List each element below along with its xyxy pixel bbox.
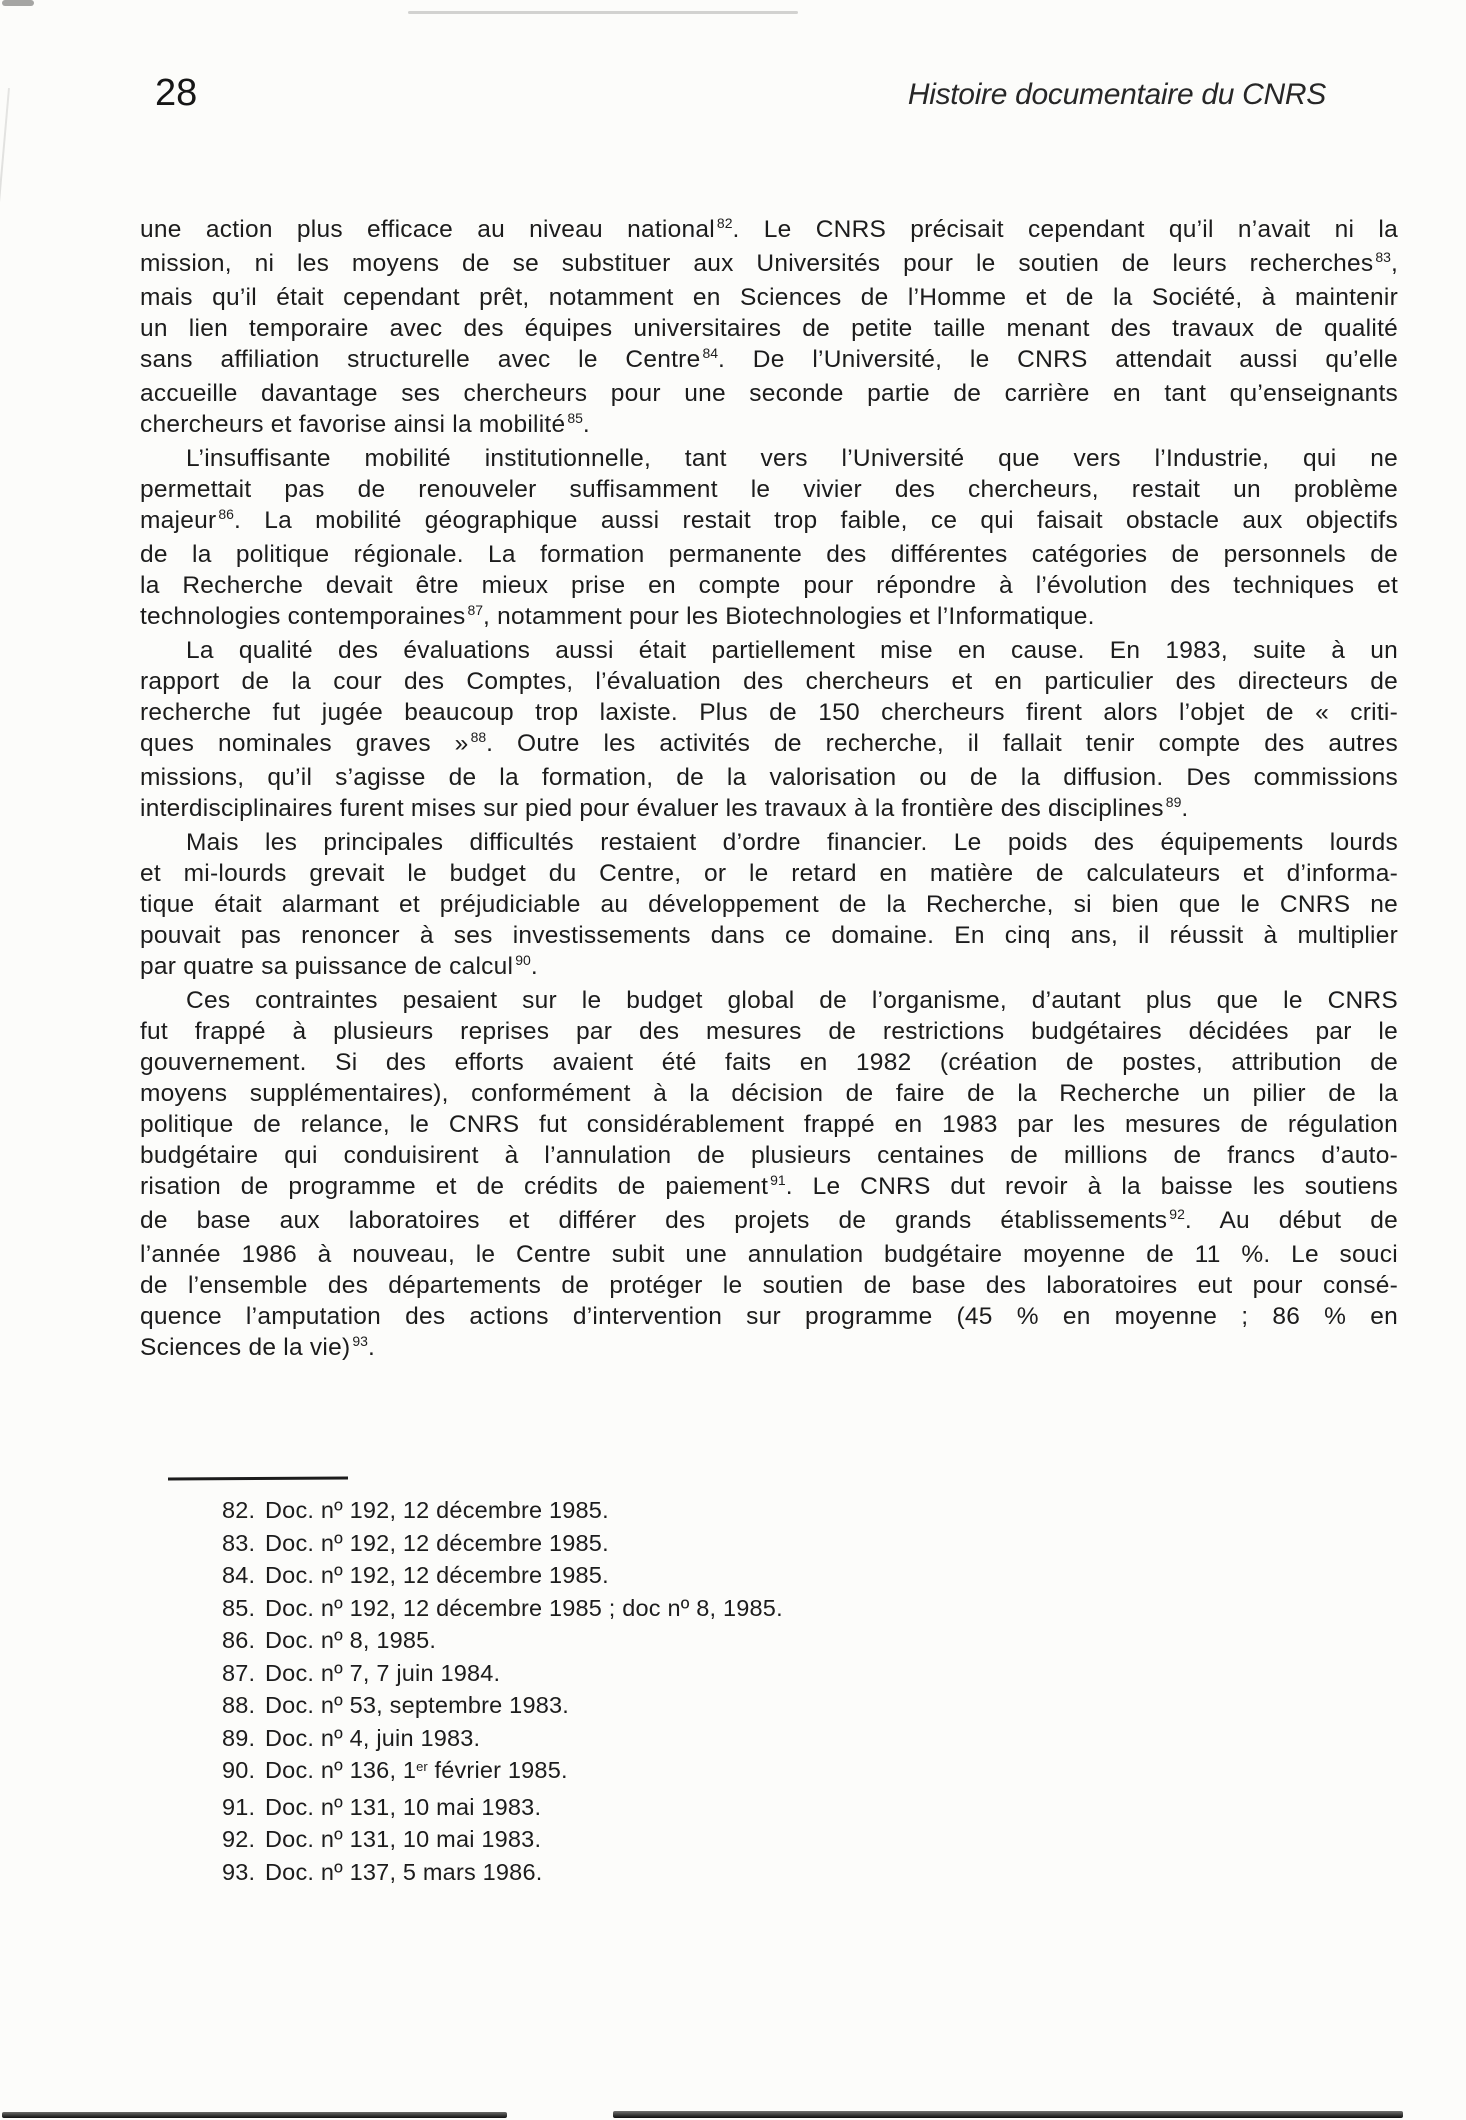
- body-line: majeur86. La mobilité géographique aussi…: [140, 505, 1398, 539]
- footnote-ref: 90: [515, 952, 531, 968]
- body-line: budgétaire qui conduisirent à l’annulati…: [140, 1140, 1398, 1171]
- body-line: missions, qu’il s’agisse de la formation…: [140, 762, 1398, 793]
- body-line: l’année 1986 à nouveau, le Centre subit …: [140, 1239, 1398, 1270]
- footnote-number: 88.: [222, 1689, 265, 1722]
- body-line: Mais les principales difficultés restaie…: [140, 827, 1398, 858]
- paragraph: Mais les principales difficultés restaie…: [140, 827, 1398, 985]
- footnote-ref: 88: [471, 729, 487, 745]
- footnote-item: 91.Doc. nº 131, 10 mai 1983.: [222, 1791, 783, 1824]
- body-line: permettait pas de renouveler suffisammen…: [140, 474, 1398, 505]
- footnote-item: 85.Doc. nº 192, 12 décembre 1985 ; doc n…: [222, 1592, 783, 1625]
- footnote-number: 87.: [222, 1657, 265, 1690]
- footnote-ref: 92: [1169, 1206, 1185, 1222]
- body-line: de base aux laboratoires et différer des…: [140, 1205, 1398, 1239]
- footnote-number: 82.: [222, 1494, 265, 1527]
- body-line: une action plus efficace au niveau natio…: [140, 214, 1398, 248]
- body-line: moyens supplémentaires), conformément à …: [140, 1078, 1398, 1109]
- body-line: accueille davantage ses chercheurs pour …: [140, 378, 1398, 409]
- footnotes-list: 82.Doc. nº 192, 12 décembre 1985.83.Doc.…: [222, 1494, 783, 1888]
- scan-edge-bottom-left: [2, 2112, 507, 2118]
- body-line: ques nominales graves »88. Outre les act…: [140, 728, 1398, 762]
- footnote-ref: 89: [1166, 794, 1182, 810]
- body-line: chercheurs et favorise ainsi la mobilité…: [140, 409, 1398, 443]
- body-line: la Recherche devait être mieux prise en …: [140, 570, 1398, 601]
- footnote-number: 89.: [222, 1722, 265, 1755]
- body-line: de l’ensemble des départements de protég…: [140, 1270, 1398, 1301]
- body-text: une action plus efficace au niveau natio…: [140, 214, 1398, 1366]
- footnote-ref: 87: [467, 602, 483, 618]
- body-line: un lien temporaire avec des équipes univ…: [140, 313, 1398, 344]
- scan-edge-bottom-right: [613, 2111, 1403, 2118]
- body-line: L’insuffisante mobilité institutionnelle…: [140, 443, 1398, 474]
- paragraph: une action plus efficace au niveau natio…: [140, 214, 1398, 443]
- footnote-ref: 82: [717, 215, 733, 231]
- body-line: technologies contemporaines87, notamment…: [140, 601, 1398, 635]
- footnote-item: 83.Doc. nº 192, 12 décembre 1985.: [222, 1527, 783, 1560]
- body-line: pouvait pas renoncer à ses investissemen…: [140, 920, 1398, 951]
- footnote-ref: 93: [352, 1333, 368, 1349]
- scan-crease: [0, 88, 10, 302]
- body-line: par quatre sa puissance de calcul90.: [140, 951, 1398, 985]
- body-line: recherche fut jugée beaucoup trop laxist…: [140, 697, 1398, 728]
- running-title: Histoire documentaire du CNRS: [908, 80, 1326, 110]
- body-line: quence l’amputation des actions d’interv…: [140, 1301, 1398, 1332]
- footnote-item: 90.Doc. nº 136, 1er février 1985.: [222, 1754, 783, 1791]
- page-number: 28: [155, 74, 197, 112]
- body-line: rapport de la cour des Comptes, l’évalua…: [140, 666, 1398, 697]
- body-line: La qualité des évaluations aussi était p…: [140, 635, 1398, 666]
- body-line: interdisciplinaires furent mises sur pie…: [140, 793, 1398, 827]
- body-line: mais qu’il était cependant prêt, notamme…: [140, 282, 1398, 313]
- footnote-number: 86.: [222, 1624, 265, 1657]
- paragraph: La qualité des évaluations aussi était p…: [140, 635, 1398, 827]
- footnote-number: 83.: [222, 1527, 265, 1560]
- body-line: tique était alarmant et préjudiciable au…: [140, 889, 1398, 920]
- footnote-item: 84.Doc. nº 192, 12 décembre 1985.: [222, 1559, 783, 1592]
- footnote-item: 92.Doc. nº 131, 10 mai 1983.: [222, 1823, 783, 1856]
- body-line: et mi-lourds grevait le budget du Centre…: [140, 858, 1398, 889]
- footnote-item: 93.Doc. nº 137, 5 mars 1986.: [222, 1856, 783, 1889]
- footnote-number: 91.: [222, 1791, 265, 1824]
- body-line: sans affiliation structurelle avec le Ce…: [140, 344, 1398, 378]
- body-line: gouvernement. Si des efforts avaient été…: [140, 1047, 1398, 1078]
- footnote-ref: 84: [702, 345, 718, 361]
- footnote-number: 85.: [222, 1592, 265, 1625]
- footnote-ref: 86: [218, 506, 234, 522]
- paragraph: Ces contraintes pesaient sur le budget g…: [140, 985, 1398, 1366]
- scan-artifact-top-left: [2, 0, 34, 6]
- body-line: risation de programme et de crédits de p…: [140, 1171, 1398, 1205]
- footnote-item: 88.Doc. nº 53, septembre 1983.: [222, 1689, 783, 1722]
- scan-artifact-top-line: [408, 11, 798, 14]
- footnote-ref: 85: [567, 410, 583, 426]
- scanned-book-page: 28 Histoire documentaire du CNRS une act…: [0, 0, 1466, 2120]
- body-line: de la politique régionale. La formation …: [140, 539, 1398, 570]
- footnote-separator: [168, 1476, 348, 1480]
- footnote-item: 82.Doc. nº 192, 12 décembre 1985.: [222, 1494, 783, 1527]
- body-line: fut frappé à plusieurs reprises par des …: [140, 1016, 1398, 1047]
- footnote-ref: er: [416, 1759, 428, 1774]
- body-line: Ces contraintes pesaient sur le budget g…: [140, 985, 1398, 1016]
- body-line: Sciences de la vie)93.: [140, 1332, 1398, 1366]
- footnote-item: 86.Doc. nº 8, 1985.: [222, 1624, 783, 1657]
- footnote-number: 92.: [222, 1823, 265, 1856]
- paragraph: L’insuffisante mobilité institutionnelle…: [140, 443, 1398, 635]
- footnote-ref: 91: [770, 1172, 786, 1188]
- body-line: mission, ni les moyens de se substituer …: [140, 248, 1398, 282]
- footnote-number: 90.: [222, 1754, 265, 1787]
- footnote-item: 89.Doc. nº 4, juin 1983.: [222, 1722, 783, 1755]
- footnote-number: 93.: [222, 1856, 265, 1889]
- footnote-number: 84.: [222, 1559, 265, 1592]
- footnote-ref: 83: [1375, 249, 1391, 265]
- body-line: politique de relance, le CNRS fut consid…: [140, 1109, 1398, 1140]
- footnote-item: 87.Doc. nº 7, 7 juin 1984.: [222, 1657, 783, 1690]
